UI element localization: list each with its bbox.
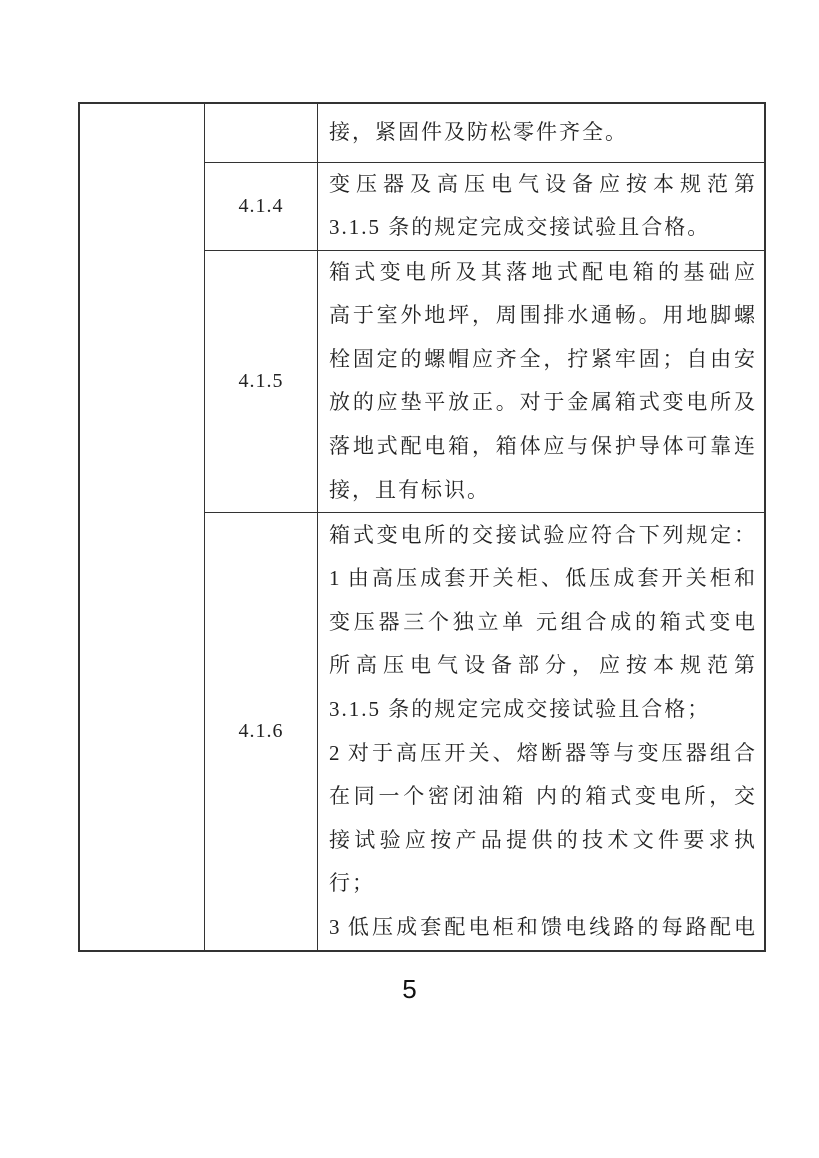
content-cell: 接，紧固件及防松零件齐全。 <box>318 103 766 162</box>
content-cell: 箱式变电所的交接试验应符合下列规定：1 由高压成套开关柜、低压成套开关柜和变压器… <box>318 513 766 951</box>
clause-number-cell: 4.1.4 <box>205 162 318 250</box>
page-number: 5 <box>0 974 819 1005</box>
clause-number-cell <box>205 103 318 162</box>
table-row: 接，紧固件及防松零件齐全。 <box>79 103 765 162</box>
content-line: 箱式变电所的交接试验应符合下列规定： <box>329 514 755 558</box>
content-line: 接，且有标识。 <box>329 469 755 513</box>
content-line: 接，紧固件及防松零件齐全。 <box>329 111 755 155</box>
content-line: 变压器及高压电气设备应按本规范第 <box>329 163 755 207</box>
content-line: 行； <box>329 862 755 906</box>
content-line: 变压器三个独立单 元组合成的箱式变电 <box>329 601 755 645</box>
content-line: 3.1.5 条的规定完成交接试验且合格； <box>329 688 755 732</box>
content-line: 3.1.5 条的规定完成交接试验且合格。 <box>329 206 755 250</box>
content-cell: 变压器及高压电气设备应按本规范第3.1.5 条的规定完成交接试验且合格。 <box>318 162 766 250</box>
content-line: 接试验应按产品提供的技术文件要求执 <box>329 819 755 863</box>
content-line: 所高压电气设备部分，应按本规范第 <box>329 644 755 688</box>
content-line: 箱式变电所及其落地式配电箱的基础应 <box>329 251 755 295</box>
content-line: 在同一个密闭油箱 内的箱式变电所，交 <box>329 775 755 819</box>
content-line: 2 对于高压开关、熔断器等与变压器组合 <box>329 732 755 776</box>
clause-number-cell: 4.1.6 <box>205 513 318 951</box>
clause-number-cell: 4.1.5 <box>205 250 318 513</box>
content-line: 落地式配电箱，箱体应与保护导体可靠连 <box>329 425 755 469</box>
spec-table-body: 接，紧固件及防松零件齐全。4.1.4变压器及高压电气设备应按本规范第3.1.5 … <box>79 103 765 951</box>
content-line: 3 低压成套配电柜和馈电线路的每路配电 <box>329 906 755 950</box>
content-line: 放的应垫平放正。对于金属箱式变电所及 <box>329 381 755 425</box>
spec-table: 接，紧固件及防松零件齐全。4.1.4变压器及高压电气设备应按本规范第3.1.5 … <box>78 102 766 952</box>
content-line: 1 由高压成套开关柜、低压成套开关柜和 <box>329 557 755 601</box>
category-cell <box>79 103 205 951</box>
content-cell: 箱式变电所及其落地式配电箱的基础应高于室外地坪，周围排水通畅。用地脚螺栓固定的螺… <box>318 250 766 513</box>
document-page: 接，紧固件及防松零件齐全。4.1.4变压器及高压电气设备应按本规范第3.1.5 … <box>0 0 819 1158</box>
content-line: 栓固定的螺帽应齐全，拧紧牢固；自由安 <box>329 338 755 382</box>
content-line: 高于室外地坪，周围排水通畅。用地脚螺 <box>329 294 755 338</box>
